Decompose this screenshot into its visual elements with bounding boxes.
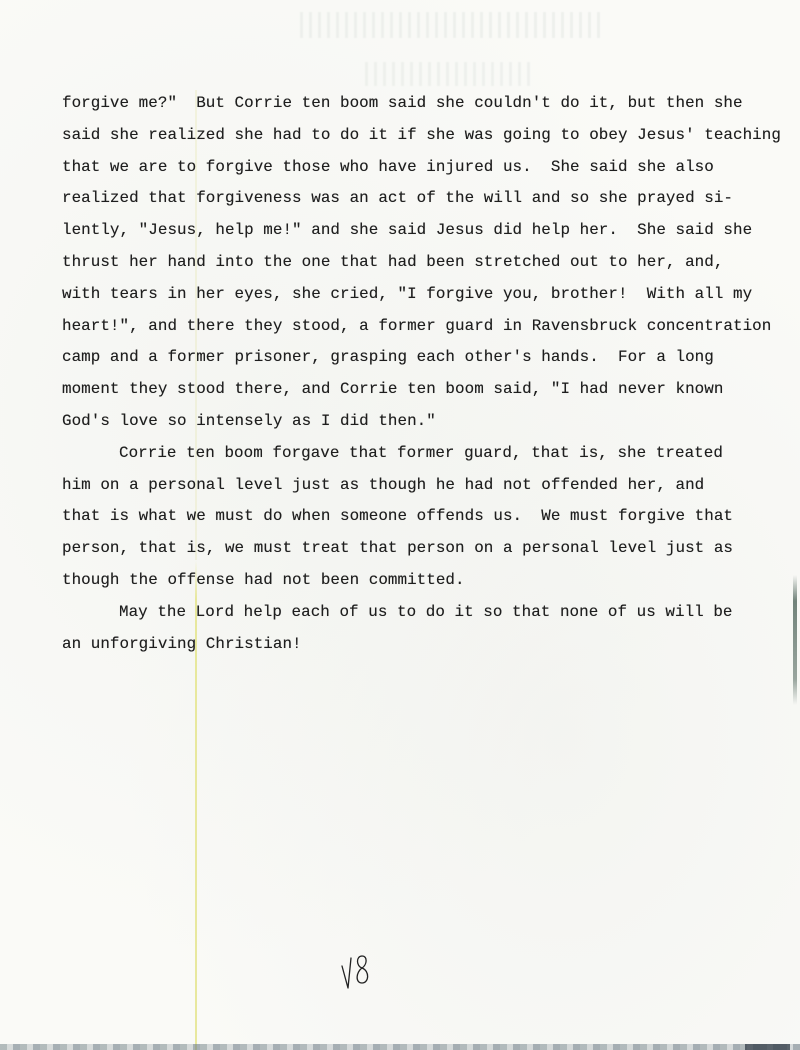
text-line: said she realized she had to do it if sh…	[62, 123, 782, 155]
letterhead-show-through	[0, 0, 800, 95]
document-page: forgive me?" But Corrie ten boom said sh…	[0, 0, 800, 1050]
text-line: with tears in her eyes, she cried, "I fo…	[62, 282, 782, 314]
text-line: Corrie ten boom forgave that former guar…	[62, 441, 782, 473]
text-line: lently, "Jesus, help me!" and she said J…	[62, 218, 782, 250]
text-line: camp and a former prisoner, grasping eac…	[62, 345, 782, 377]
text-line: that is what we must do when someone off…	[62, 504, 782, 536]
text-line: heart!", and there they stood, a former …	[62, 314, 782, 346]
text-line: that we are to forgive those who have in…	[62, 155, 782, 187]
scan-edge-shadow	[793, 575, 797, 705]
text-line: an unforgiving Christian!	[62, 632, 782, 664]
show-through-mark	[300, 12, 600, 38]
text-line: May the Lord help each of us to do it so…	[62, 600, 782, 632]
text-line: realized that forgiveness was an act of …	[62, 186, 782, 218]
text-line: God's love so intensely as I did then."	[62, 409, 782, 441]
text-line: moment they stood there, and Corrie ten …	[62, 377, 782, 409]
text-line: him on a personal level just as though h…	[62, 473, 782, 505]
text-line: thrust her hand into the one that had be…	[62, 250, 782, 282]
scan-bottom-edge	[0, 1044, 800, 1050]
text-line: person, that is, we must treat that pers…	[62, 536, 782, 568]
handwritten-page-number: 18	[340, 952, 380, 992]
text-line: forgive me?" But Corrie ten boom said sh…	[62, 91, 782, 123]
handwritten-page-number-glyph	[340, 952, 380, 992]
typewritten-body: forgive me?" But Corrie ten boom said sh…	[62, 91, 782, 663]
text-line: though the offense had not been committe…	[62, 568, 782, 600]
show-through-mark	[365, 62, 535, 86]
